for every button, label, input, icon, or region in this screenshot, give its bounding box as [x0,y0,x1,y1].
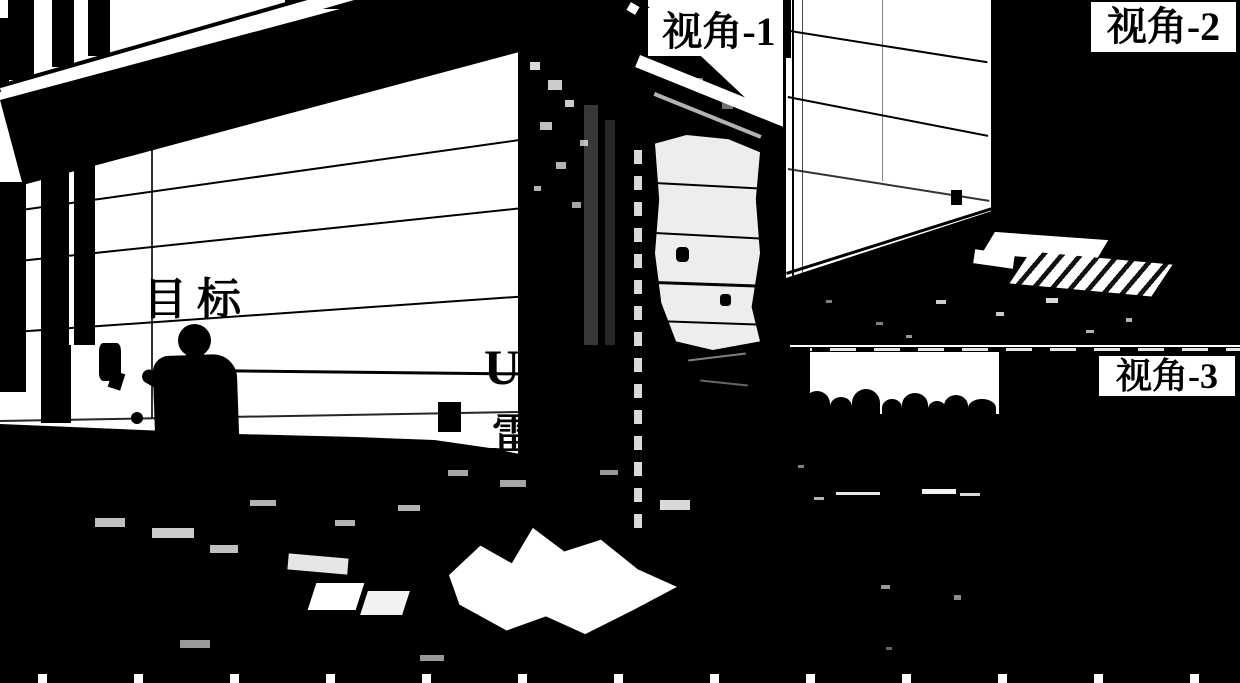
ground-debris [420,655,444,661]
ground-debris [180,640,210,648]
siding-line [655,281,760,288]
speckle [826,300,832,303]
wall-panel-line [790,30,988,63]
wall-base-line [786,206,995,274]
speckle [565,100,574,107]
siding-line [655,182,760,189]
view3-label: 视角-3 [1096,353,1238,399]
tree-silhouette [804,391,830,417]
grass-clump [428,444,462,455]
distant-mark [922,489,956,494]
wall-vertical-joint [792,0,794,278]
speckle [548,80,562,90]
grass-clump [388,440,414,450]
view2-panel: 视角-2 [786,0,1240,345]
distant-mark [960,493,980,496]
wall-vertical-joint [802,0,803,278]
speckle [936,300,946,304]
window-frame [0,182,26,392]
wall-blotch [720,294,731,306]
speckle [1126,318,1132,322]
wall-blotch [676,247,689,262]
speckle [906,335,912,338]
panel-divider-dashed [786,348,1240,351]
speckle [572,202,581,208]
speckle [530,62,540,70]
tree-silhouette [882,399,902,417]
tree-silhouette [852,389,880,417]
wall-socket [951,190,962,205]
window-mullion [8,0,34,80]
tree-silhouette [968,399,996,417]
window-frame-edge [68,345,71,423]
grass-clump [330,438,352,446]
distant-mark [954,595,961,600]
wall-text-u: U [484,338,520,396]
tree-silhouette [944,395,968,417]
speckle [1046,298,1058,303]
view3-panel: 视角-3 [786,347,1240,683]
ground-debris [152,528,194,538]
view2-wall [786,0,991,278]
ground-debris [600,470,618,475]
speckle [556,162,566,169]
wall-panel-line [788,96,989,137]
figure-canvas: U 雷 目标 [0,0,1240,683]
tree-silhouette [902,393,928,417]
distant-mark [881,585,890,589]
speckle [534,186,541,191]
panel-edge-shadow [786,0,791,58]
ground-debris [448,470,468,476]
window-mullion [52,0,74,67]
pole-dashed [634,150,642,540]
distant-mark [814,497,824,500]
light-stripe [605,120,615,345]
distant-mark [886,647,892,650]
ground-debris [335,520,355,526]
view1-label: 视角-1 [648,8,790,56]
grass-clump [476,448,506,458]
ground-debris [250,500,276,506]
window-frame [41,172,69,423]
light-stripe [584,105,598,345]
paver-stone [360,591,410,615]
speckle [876,322,883,325]
siding-line [655,320,760,326]
view2-label: 视角-2 [1091,2,1236,52]
ground-debris [398,505,420,511]
window-mullion [88,0,110,56]
siding-line [655,232,760,239]
speckle [722,102,733,109]
distant-mark [836,492,880,495]
person-hand [131,412,143,424]
wall-vertical-joint [882,0,883,181]
debris-plank-slats [1009,252,1172,297]
target-label: 目标 [143,278,251,322]
ground-debris [210,545,238,553]
speckle [996,312,1004,316]
ground-debris [660,500,690,510]
bottom-scan-band [0,674,1240,683]
lit-wall-patch [655,135,760,350]
wall-socket [438,402,461,432]
distant-mark [798,465,804,468]
speckle [1086,330,1094,333]
speckle [694,78,703,84]
paver-stone [308,583,365,610]
window-frame [74,163,95,345]
tree-silhouette [830,397,852,417]
speckle [540,122,552,130]
ground-debris [95,518,125,527]
ground-debris [500,480,526,487]
